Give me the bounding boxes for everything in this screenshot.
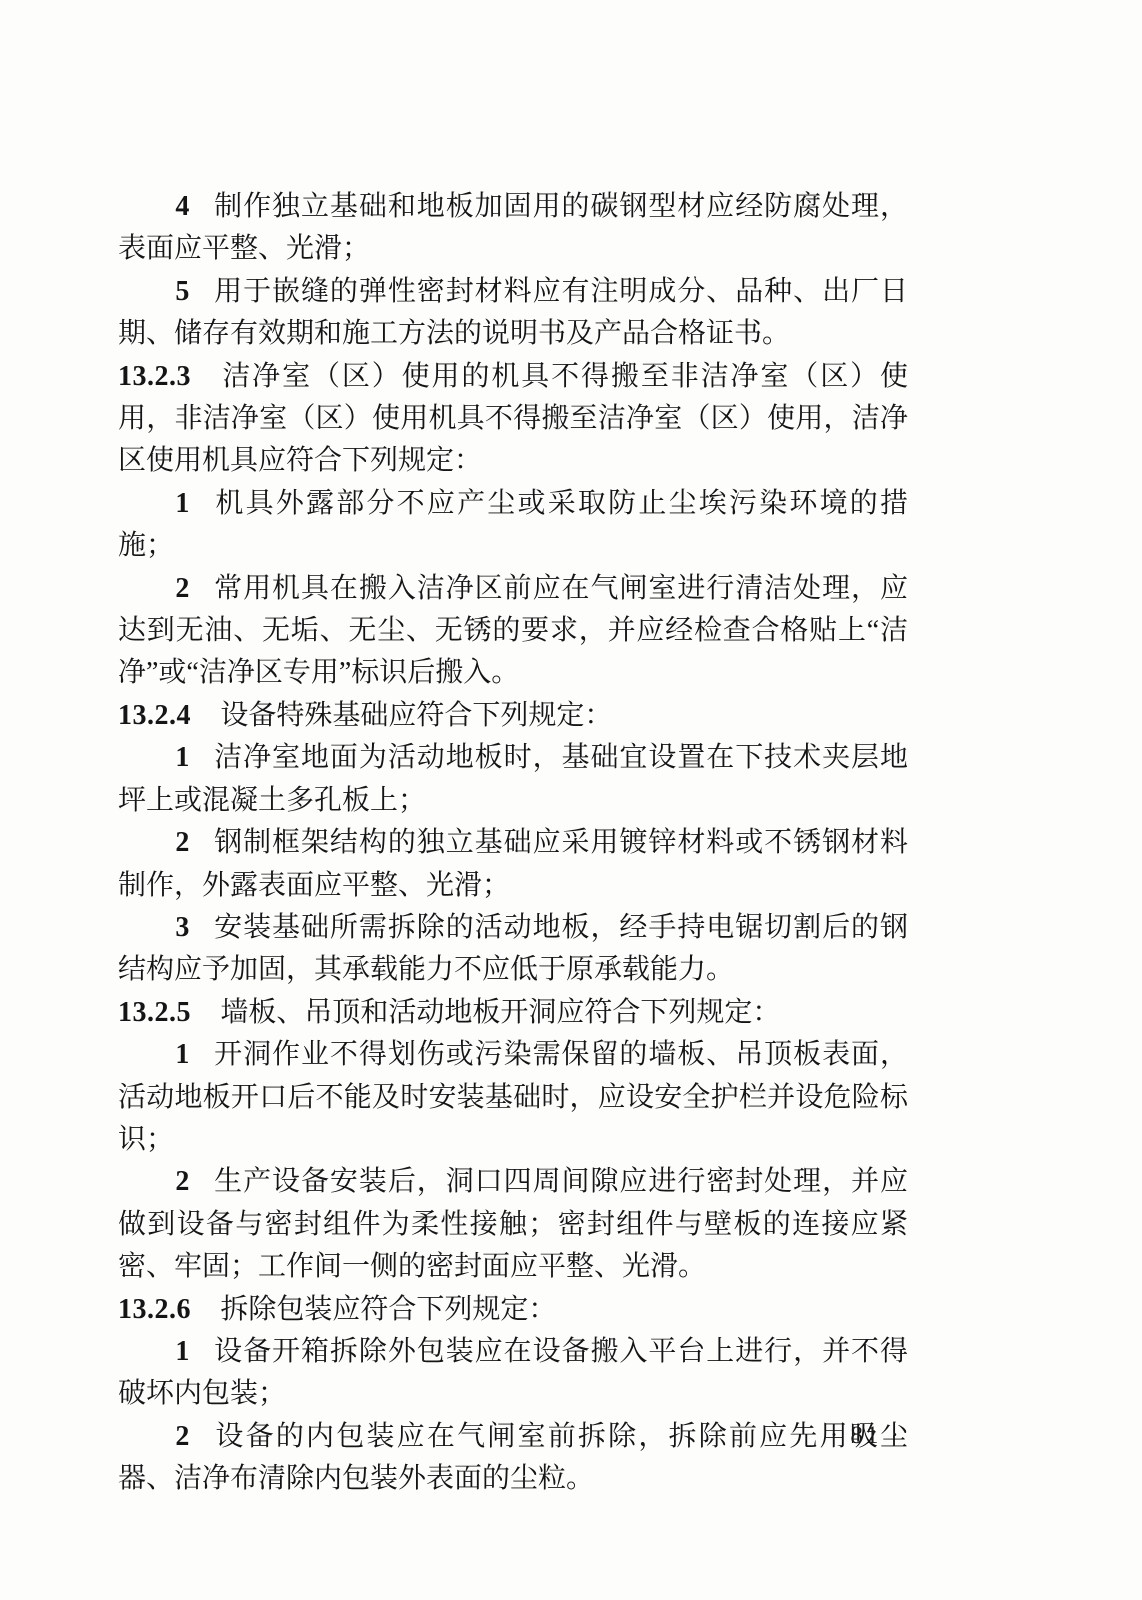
clause-number: 3 xyxy=(175,912,189,943)
clause-number: 2 xyxy=(175,573,189,604)
section-number: 13.2.3 xyxy=(118,361,191,392)
clause-text: 钢制框架结构的独立基础应采用镀锌材料或不锈钢材料制作，外露表面应平整、光滑； xyxy=(118,827,908,900)
section-number: 13.2.4 xyxy=(118,700,191,731)
clause-item-1: 1洁净室地面为活动地板时，基础宜设置在下技术夹层地坪上或混凝土多孔板上； xyxy=(118,737,908,822)
clause-text: 洁净室（区）使用的机具不得搬至非洁净室（区）使用，非洁净室（区）使用机具不得搬至… xyxy=(118,361,908,477)
clause-text: 墙板、吊顶和活动地板开洞应符合下列规定： xyxy=(220,997,780,1028)
clause-number: 2 xyxy=(175,1421,189,1452)
clause-section-13-2-5: 13.2.5墙板、吊顶和活动地板开洞应符合下列规定： xyxy=(118,992,908,1034)
clause-item-2: 2生产设备安装后，洞口四周间隙应进行密封处理，并应做到设备与密封组件为柔性接触；… xyxy=(118,1161,908,1288)
clause-number: 1 xyxy=(175,1336,189,1367)
clause-text: 机具外露部分不应产尘或采取防止尘埃污染环境的措施； xyxy=(118,488,908,561)
clause-number: 5 xyxy=(175,276,189,307)
clause-item-1: 1开洞作业不得划伤或污染需保留的墙板、吊顶板表面，活动地板开口后不能及时安装基础… xyxy=(118,1034,908,1161)
clause-text: 设备的内包装应在气闸室前拆除，拆除前应先用吸尘器、洁净布清除内包装外表面的尘粒。 xyxy=(118,1421,908,1494)
clause-item-2: 2设备的内包装应在气闸室前拆除，拆除前应先用吸尘器、洁净布清除内包装外表面的尘粒… xyxy=(118,1416,908,1501)
clause-text: 开洞作业不得划伤或污染需保留的墙板、吊顶板表面，活动地板开口后不能及时安装基础时… xyxy=(118,1039,908,1155)
clause-item-2: 2常用机具在搬入洁净区前应在气闸室进行清洁处理，应达到无油、无垢、无尘、无锈的要… xyxy=(118,568,908,695)
document-page: 4制作独立基础和地板加固用的碳钢型材应经防腐处理，表面应平整、光滑； 5用于嵌缝… xyxy=(0,0,1142,1600)
clause-text: 常用机具在搬入洁净区前应在气闸室进行清洁处理，应达到无油、无垢、无尘、无锈的要求… xyxy=(118,573,908,689)
clause-text: 安装基础所需拆除的活动地板，经手持电锯切割后的钢结构应予加固，其承载能力不应低于… xyxy=(118,912,908,985)
clause-number: 2 xyxy=(175,1166,189,1197)
clause-section-13-2-4: 13.2.4设备特殊基础应符合下列规定： xyxy=(118,695,908,737)
clause-number: 4 xyxy=(175,191,189,222)
page-number: · 81 · xyxy=(830,1422,902,1450)
clause-section-13-2-6: 13.2.6拆除包装应符合下列规定： xyxy=(118,1289,908,1331)
clause-text: 设备特殊基础应符合下列规定： xyxy=(220,700,612,731)
clause-item-1: 1设备开箱拆除外包装应在设备搬入平台上进行，并不得破坏内包装； xyxy=(118,1331,908,1416)
clause-number: 1 xyxy=(175,742,189,773)
clause-text: 生产设备安装后，洞口四周间隙应进行密封处理，并应做到设备与密封组件为柔性接触；密… xyxy=(118,1166,908,1282)
clause-number: 1 xyxy=(175,1039,189,1070)
clause-item-2: 2钢制框架结构的独立基础应采用镀锌材料或不锈钢材料制作，外露表面应平整、光滑； xyxy=(118,822,908,907)
page-body-text: 4制作独立基础和地板加固用的碳钢型材应经防腐处理，表面应平整、光滑； 5用于嵌缝… xyxy=(118,186,908,1501)
clause-text: 制作独立基础和地板加固用的碳钢型材应经防腐处理，表面应平整、光滑； xyxy=(118,191,908,264)
clause-text: 拆除包装应符合下列规定： xyxy=(220,1294,556,1325)
section-number: 13.2.6 xyxy=(118,1294,191,1325)
clause-text: 洁净室地面为活动地板时，基础宜设置在下技术夹层地坪上或混凝土多孔板上； xyxy=(118,742,908,815)
section-number: 13.2.5 xyxy=(118,997,191,1028)
clause-item-1: 1机具外露部分不应产尘或采取防止尘埃污染环境的措施； xyxy=(118,483,908,568)
clause-item-3: 3安装基础所需拆除的活动地板，经手持电锯切割后的钢结构应予加固，其承载能力不应低… xyxy=(118,907,908,992)
clause-item-5: 5用于嵌缝的弹性密封材料应有注明成分、品种、出厂日期、储存有效期和施工方法的说明… xyxy=(118,271,908,356)
clause-text: 设备开箱拆除外包装应在设备搬入平台上进行，并不得破坏内包装； xyxy=(118,1336,908,1409)
clause-section-13-2-3: 13.2.3洁净室（区）使用的机具不得搬至非洁净室（区）使用，非洁净室（区）使用… xyxy=(118,356,908,483)
clause-number: 2 xyxy=(175,827,189,858)
clause-text: 用于嵌缝的弹性密封材料应有注明成分、品种、出厂日期、储存有效期和施工方法的说明书… xyxy=(118,276,908,349)
clause-number: 1 xyxy=(175,488,189,519)
clause-item-4: 4制作独立基础和地板加固用的碳钢型材应经防腐处理，表面应平整、光滑； xyxy=(118,186,908,271)
